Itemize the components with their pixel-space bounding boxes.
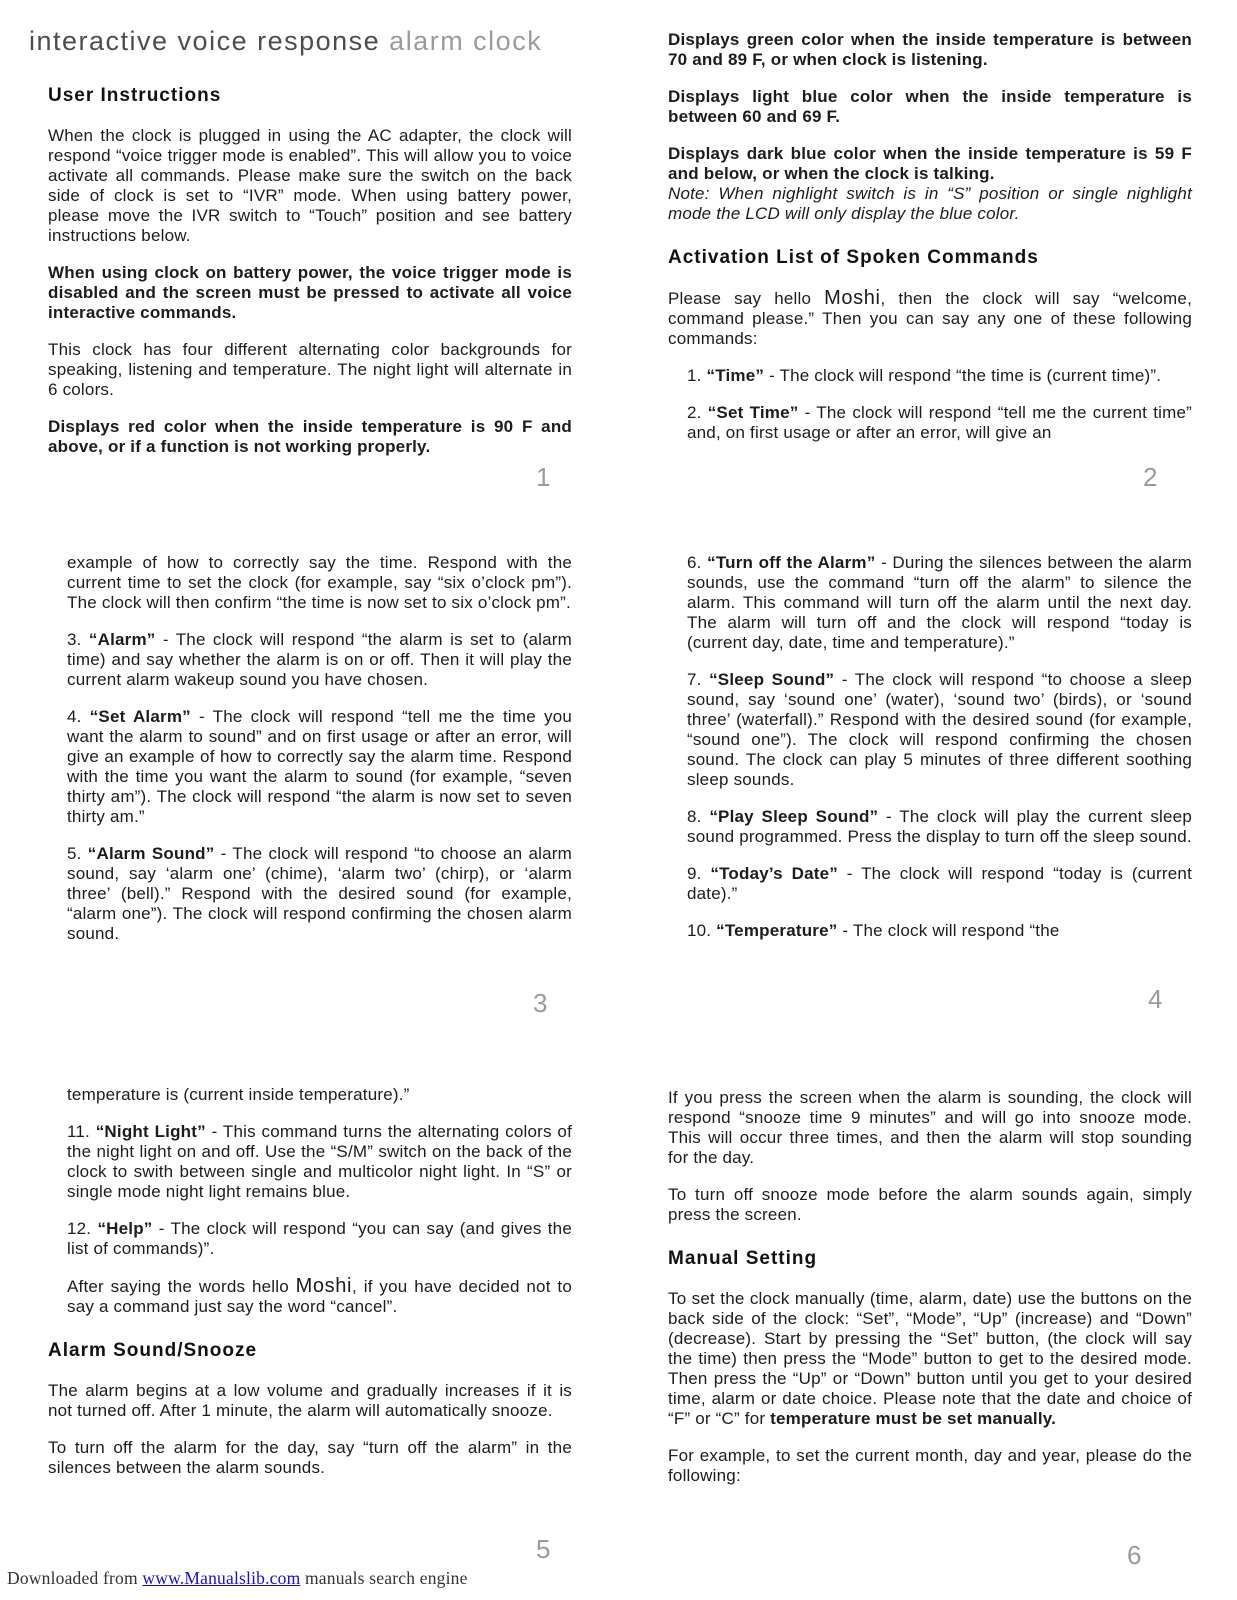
footer-post-text: manuals search engine (300, 1568, 467, 1588)
item-text: - The clock will respond “the time is (c… (764, 366, 1161, 385)
command-item-2: 2. “Set Time” - The clock will respond “… (668, 403, 1192, 443)
command-item-3: 3. “Alarm” - The clock will respond “the… (48, 630, 572, 690)
item-number: 7. (687, 670, 709, 689)
item-number: 6. (687, 553, 707, 572)
item-number: 5. (67, 844, 88, 863)
item-command: “Set Alarm” (90, 707, 191, 726)
item-command: “Alarm Sound” (88, 844, 215, 863)
command-item-6: 6. “Turn off the Alarm” - During the sil… (668, 553, 1192, 653)
manualslib-link[interactable]: www.Manualslib.com (142, 1568, 300, 1588)
continuation-paragraph: temperature is (current inside temperatu… (48, 1085, 572, 1105)
item-command: “Help” (97, 1219, 152, 1238)
paragraph-bold: When using clock on battery power, the v… (48, 263, 572, 323)
item-command: “Sleep Sound” (709, 670, 834, 689)
manual-document: interactive voice response alarm clock U… (0, 0, 1237, 1600)
item-command: “Time” (707, 366, 765, 385)
item-number: 11. (67, 1122, 96, 1141)
command-item-9: 9. “Today’s Date” - The clock will respo… (668, 864, 1192, 904)
item-number: 9. (687, 864, 710, 883)
command-item-8: 8. “Play Sleep Sound” - The clock will p… (668, 807, 1192, 847)
paragraph-bold: Displays light blue color when the insid… (668, 87, 1192, 127)
item-command: “Alarm” (89, 630, 156, 649)
page-number-1: 1 (536, 462, 550, 493)
heading-alarm-sound-snooze: Alarm Sound/Snooze (48, 1341, 572, 1361)
command-item-4: 4. “Set Alarm” - The clock will respond … (48, 707, 572, 827)
page-number-6: 6 (1127, 1540, 1141, 1571)
item-number: 2. (687, 403, 708, 422)
heading-activation-list: Activation List of Spoken Commands (668, 248, 1192, 268)
page-4: 6. “Turn off the Alarm” - During the sil… (668, 553, 1192, 958)
paragraph-bold: Displays red color when the inside tempe… (48, 417, 572, 457)
page-number-5: 5 (536, 1534, 550, 1565)
paragraph: To turn off snooze mode before the alarm… (668, 1185, 1192, 1225)
item-number: 1. (687, 366, 707, 385)
heading-manual-setting: Manual Setting (668, 1249, 1192, 1269)
doc-title: interactive voice response alarm clock (29, 26, 542, 57)
moshi-brand-text: Moshi (296, 1275, 352, 1297)
page-number-2: 2 (1143, 462, 1157, 493)
bold-emphasis: temperature must be set manually. (770, 1409, 1056, 1428)
item-command: “Temperature” (716, 921, 837, 940)
page-5: temperature is (current inside temperatu… (48, 1085, 572, 1495)
page-2: Displays green color when the inside tem… (668, 30, 1192, 460)
paragraph: To set the clock manually (time, alarm, … (668, 1289, 1192, 1429)
continuation-paragraph: example of how to correctly say the time… (48, 553, 572, 613)
page-1: User Instructions When the clock is plug… (48, 78, 572, 474)
doc-title-main: interactive voice response (29, 26, 389, 56)
item-text: - The clock will respond “the (837, 921, 1059, 940)
item-number: 3. (67, 630, 89, 649)
command-item-1: 1. “Time” - The clock will respond “the … (668, 366, 1192, 386)
item-number: 12. (67, 1219, 97, 1238)
command-item-5: 5. “Alarm Sound” - The clock will respon… (48, 844, 572, 944)
command-item-11: 11. “Night Light” - This command turns t… (48, 1122, 572, 1202)
item-number: 4. (67, 707, 90, 726)
item-command: “Turn off the Alarm” (707, 553, 875, 572)
note-paragraph: Note: When nighlight switch is in “S” po… (668, 184, 1192, 224)
cancel-paragraph: After saying the words hello Moshi, if y… (48, 1276, 572, 1317)
paragraph: The alarm begins at a low volume and gra… (48, 1381, 572, 1421)
page-number-4: 4 (1148, 984, 1162, 1015)
paragraph: This clock has four different alternatin… (48, 340, 572, 400)
paragraph: When the clock is plugged in using the A… (48, 126, 572, 246)
paragraph-bold: Displays dark blue color when the inside… (668, 144, 1192, 184)
footer-pre-text: Downloaded from (7, 1568, 142, 1588)
paragraph-bold: Displays green color when the inside tem… (668, 30, 1192, 70)
item-command: “Night Light” (96, 1122, 206, 1141)
intro-paragraph: Please say hello Moshi, then the clock w… (668, 288, 1192, 349)
doc-title-sub: alarm clock (389, 26, 542, 56)
heading-user-instructions: User Instructions (48, 86, 572, 106)
command-item-12: 12. “Help” - The clock will respond “you… (48, 1219, 572, 1259)
command-item-7: 7. “Sleep Sound” - The clock will respon… (668, 670, 1192, 790)
paragraph: To turn off the alarm for the day, say “… (48, 1438, 572, 1478)
paragraph: If you press the screen when the alarm i… (668, 1088, 1192, 1168)
paragraph: For example, to set the current month, d… (668, 1446, 1192, 1486)
item-number: 10. (687, 921, 716, 940)
command-item-10: 10. “Temperature” - The clock will respo… (668, 921, 1192, 941)
footer-watermark: Downloaded from www.Manualslib.com manua… (7, 1568, 468, 1589)
item-command: “Set Time” (708, 403, 799, 422)
item-command: “Play Sleep Sound” (709, 807, 878, 826)
moshi-brand-text: Moshi (824, 287, 880, 309)
page-3: example of how to correctly say the time… (48, 553, 572, 961)
page-6: If you press the screen when the alarm i… (668, 1088, 1192, 1503)
item-number: 8. (687, 807, 709, 826)
item-command: “Today’s Date” (710, 864, 838, 883)
page-number-3: 3 (533, 988, 547, 1019)
